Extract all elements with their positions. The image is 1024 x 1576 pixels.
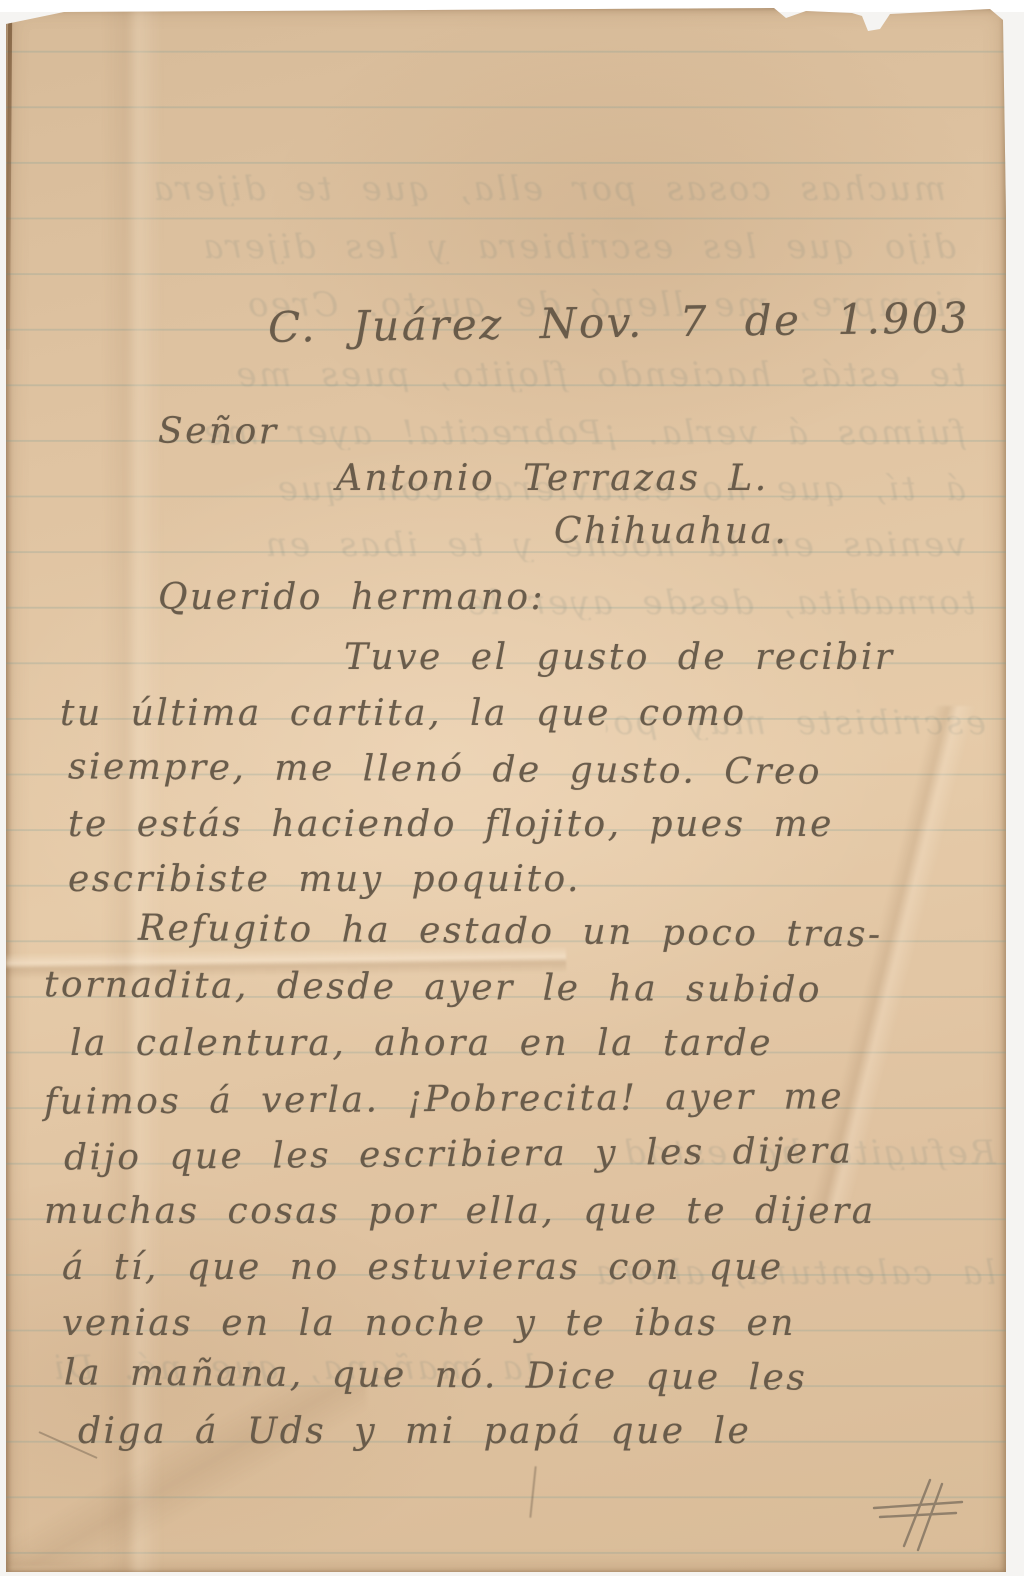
letter-line-body-7: siempre, me llenó de gusto. Creo [68,749,822,790]
letter-line-body-12: la calentura, ahora en la tarde [70,1026,773,1062]
bleedthrough-row-1: dijo que les escribiera y les dijera [56,230,956,264]
letter-line-body-18: la mañana, que nó. Dice que les [64,1355,808,1396]
bleedthrough-row-6: venias en la noche y te ibas en [56,528,966,562]
bleedthrough-row-3: te estás haciendo flojito, pues me [76,358,966,392]
letter-line-body-13: fuimos á verla. ¡Pobrecita! ayer me [44,1079,844,1121]
letter-line-body-8: te estás haciendo flojito, pues me [68,807,834,843]
letter-line-body-16: á tí, que no estuvieras con que [62,1250,784,1286]
letter-line-dateline-0: C. Juárez Nov. 7 de 1.903 [268,297,971,349]
letter-line-body-17: venias en la noche y te ibas en [62,1306,796,1342]
letter-line-addressee-name-2: Antonio Terrazas L. [336,461,769,497]
letter-line-salutation-4: Querido hermano: [158,580,545,616]
letter-line-body-15: muchas cosas por ella, que te dijera [44,1194,876,1230]
letter-line-body-5: Tuve el gusto de recibir [344,640,895,676]
letter-line-body-14: dijo que les escribiera y les dijera [64,1134,854,1177]
pencil-tally-mark [868,1472,972,1556]
letter-line-body-9: escribiste muy poquito. [68,862,581,898]
letter-line-body-6: tu última cartita, la que como [60,696,747,732]
letter-line-addressee-title-1: Señor [158,413,279,450]
letter-line-addressee-city-3: Chihuahua. [554,514,788,550]
letter-line-body-11: tornadita, desde ayer le ha subido [44,967,822,1008]
letter-page: muchas cosas por ella, que te dijeradijo… [6,6,1006,1572]
bleedthrough-row-0: muchas cosas por ella, que te dijera [116,172,946,206]
letter-line-body-10: Refugito ha estado un poco tras- [138,911,883,953]
letter-line-body-19: diga á Uds y mi papá que le [78,1414,751,1450]
scanner-background: muchas cosas por ella, que te dijeradijo… [0,0,1024,1576]
